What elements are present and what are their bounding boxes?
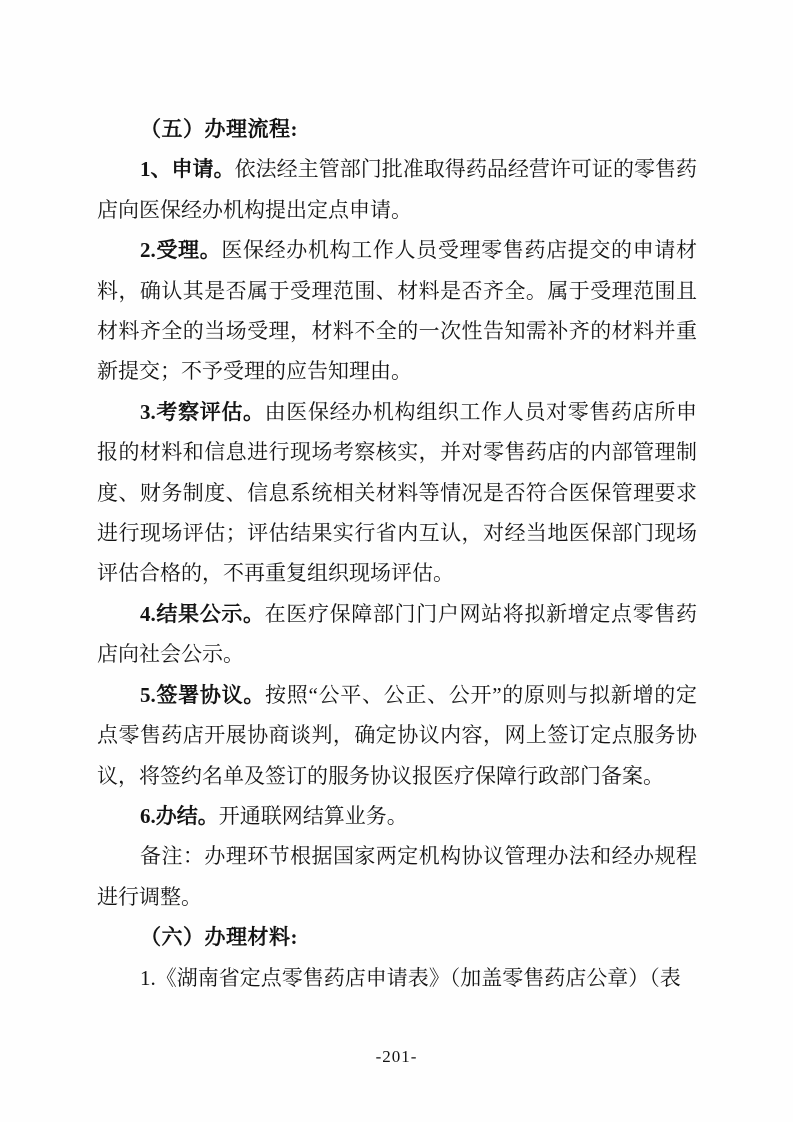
paragraph-text: 开通联网结算业务。 (219, 804, 408, 828)
paragraph-lead: 1、申请。 (140, 157, 235, 181)
paragraph-step-complete: 6.办结。开通联网结算业务。 (97, 796, 697, 836)
page-number: -201- (0, 1046, 793, 1068)
section-heading-text: （六）办理材料: (140, 925, 298, 949)
paragraph-step-accept: 2.受理。医保经办机构工作人员受理零售药店提交的申请材料，确认其是否属于受理范围… (97, 230, 697, 392)
section-heading-procedure: （五）办理流程: (97, 109, 697, 149)
paragraph-step-sign-agreement: 5.签署协议。按照“公平、公正、公开”的原则与拟新增的定点零售药店开展协商谈判，… (97, 675, 697, 796)
paragraph-lead: 3.考察评估。 (140, 400, 265, 424)
paragraph-lead: 5.签署协议。 (140, 683, 265, 707)
paragraph-lead: 4.结果公示。 (140, 602, 265, 626)
page-content: （五）办理流程: 1、申请。依法经主管部门批准取得药品经营许可证的零售药店向医保… (97, 109, 697, 998)
paragraph-step-evaluate: 3.考察评估。由医保经办机构组织工作人员对零售药店所申报的材料和信息进行现场考察… (97, 392, 697, 594)
paragraph-remark: 备注：办理环节根据国家两定机构协议管理办法和经办规程进行调整。 (97, 836, 697, 917)
paragraph-step-apply: 1、申请。依法经主管部门批准取得药品经营许可证的零售药店向医保经办机构提出定点申… (97, 149, 697, 230)
document-page: （五）办理流程: 1、申请。依法经主管部门批准取得药品经营许可证的零售药店向医保… (0, 0, 793, 1122)
paragraph-material-item: 1.《湖南省定点零售药店申请表》（加盖零售药店公章）（表 (97, 958, 697, 998)
paragraph-text: 1.《湖南省定点零售药店申请表》（加盖零售药店公章）（表 (140, 966, 681, 990)
paragraph-text: 由医保经办机构组织工作人员对零售药店所申报的材料和信息进行现场考察核实，并对零售… (97, 400, 697, 586)
paragraph-lead: 2.受理。 (140, 238, 221, 262)
paragraph-text: 备注：办理环节根据国家两定机构协议管理办法和经办规程进行调整。 (97, 844, 697, 908)
section-heading-materials: （六）办理材料: (97, 917, 697, 957)
paragraph-lead: 6.办结。 (140, 804, 219, 828)
paragraph-step-publicize: 4.结果公示。在医疗保障部门门户网站将拟新增定点零售药店向社会公示。 (97, 594, 697, 675)
section-heading-text: （五）办理流程: (140, 117, 298, 141)
